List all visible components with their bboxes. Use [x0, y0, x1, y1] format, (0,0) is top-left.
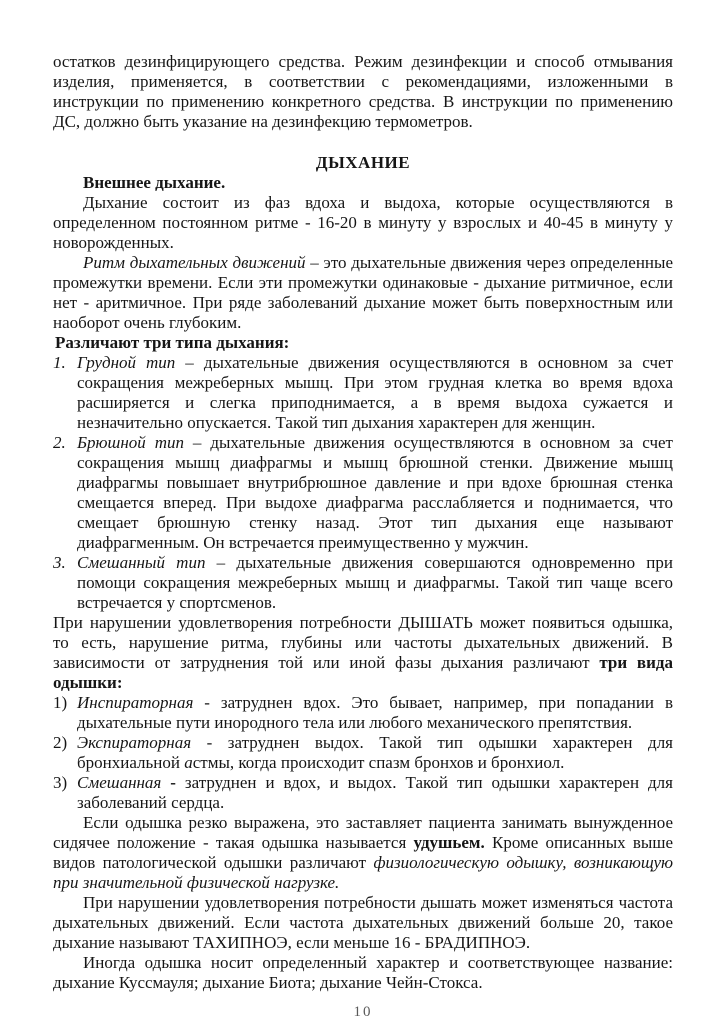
- page-number: 10: [53, 1002, 673, 1022]
- list-item-text: Смешанный тип – дыхательные движения сов…: [77, 553, 673, 613]
- list-marker: 1.: [53, 353, 77, 433]
- list-item-text: Брюшной тип – дыхательные движения осуще…: [77, 433, 673, 553]
- respiration-rate-paragraph: При нарушении удовлетворения потребности…: [53, 893, 673, 953]
- list-marker: 2.: [53, 433, 77, 553]
- list-marker: 2): [53, 733, 77, 773]
- breathing-paragraph: Дыхание состоит из фаз вдоха и выдоха, к…: [53, 193, 673, 253]
- dyspnea-item-1: 1) Инспираторная - затруднен вдох. Это б…: [53, 693, 673, 733]
- breathing-type-item-1: 1. Грудной тип – дыхательные движения ос…: [53, 353, 673, 433]
- section-heading: ДЫХАНИЕ: [53, 153, 673, 173]
- dyspnea-item-2: 2) Экспираторная - затруднен выдох. Тако…: [53, 733, 673, 773]
- list-item-text: Инспираторная - затруднен вдох. Это быва…: [77, 693, 673, 733]
- list-marker: 3.: [53, 553, 77, 613]
- rhythm-paragraph: Ритм дыхательных движений – это дыхатель…: [53, 253, 673, 333]
- document-page: остатков дезинфицирующего средства. Режи…: [0, 0, 724, 1024]
- list-item-text: Грудной тип – дыхательные движения осуще…: [77, 353, 673, 433]
- asphyxia-paragraph: Если одышка резко выражена, это заставля…: [53, 813, 673, 893]
- breathing-types-heading: Различают три типа дыхания:: [53, 333, 673, 353]
- list-item-text: Смешанная - затруднен и вдох, и выдох. Т…: [77, 773, 673, 813]
- breathing-patterns-paragraph: Иногда одышка носит определенный характе…: [53, 953, 673, 993]
- list-item-text: Экспираторная - затруднен выдох. Такой т…: [77, 733, 673, 773]
- dyspnea-item-3: 3) Смешанная - затруднен и вдох, и выдох…: [53, 773, 673, 813]
- breathing-type-item-2: 2. Брюшной тип – дыхательные движения ос…: [53, 433, 673, 553]
- intro-paragraph: остатков дезинфицирующего средства. Режи…: [53, 52, 673, 132]
- breathing-type-item-3: 3. Смешанный тип – дыхательные движения …: [53, 553, 673, 613]
- list-marker: 1): [53, 693, 77, 733]
- dyspnea-paragraph: При нарушении удовлетворения потребности…: [53, 613, 673, 693]
- subsection-heading: Внешнее дыхание.: [53, 173, 673, 193]
- list-marker: 3): [53, 773, 77, 813]
